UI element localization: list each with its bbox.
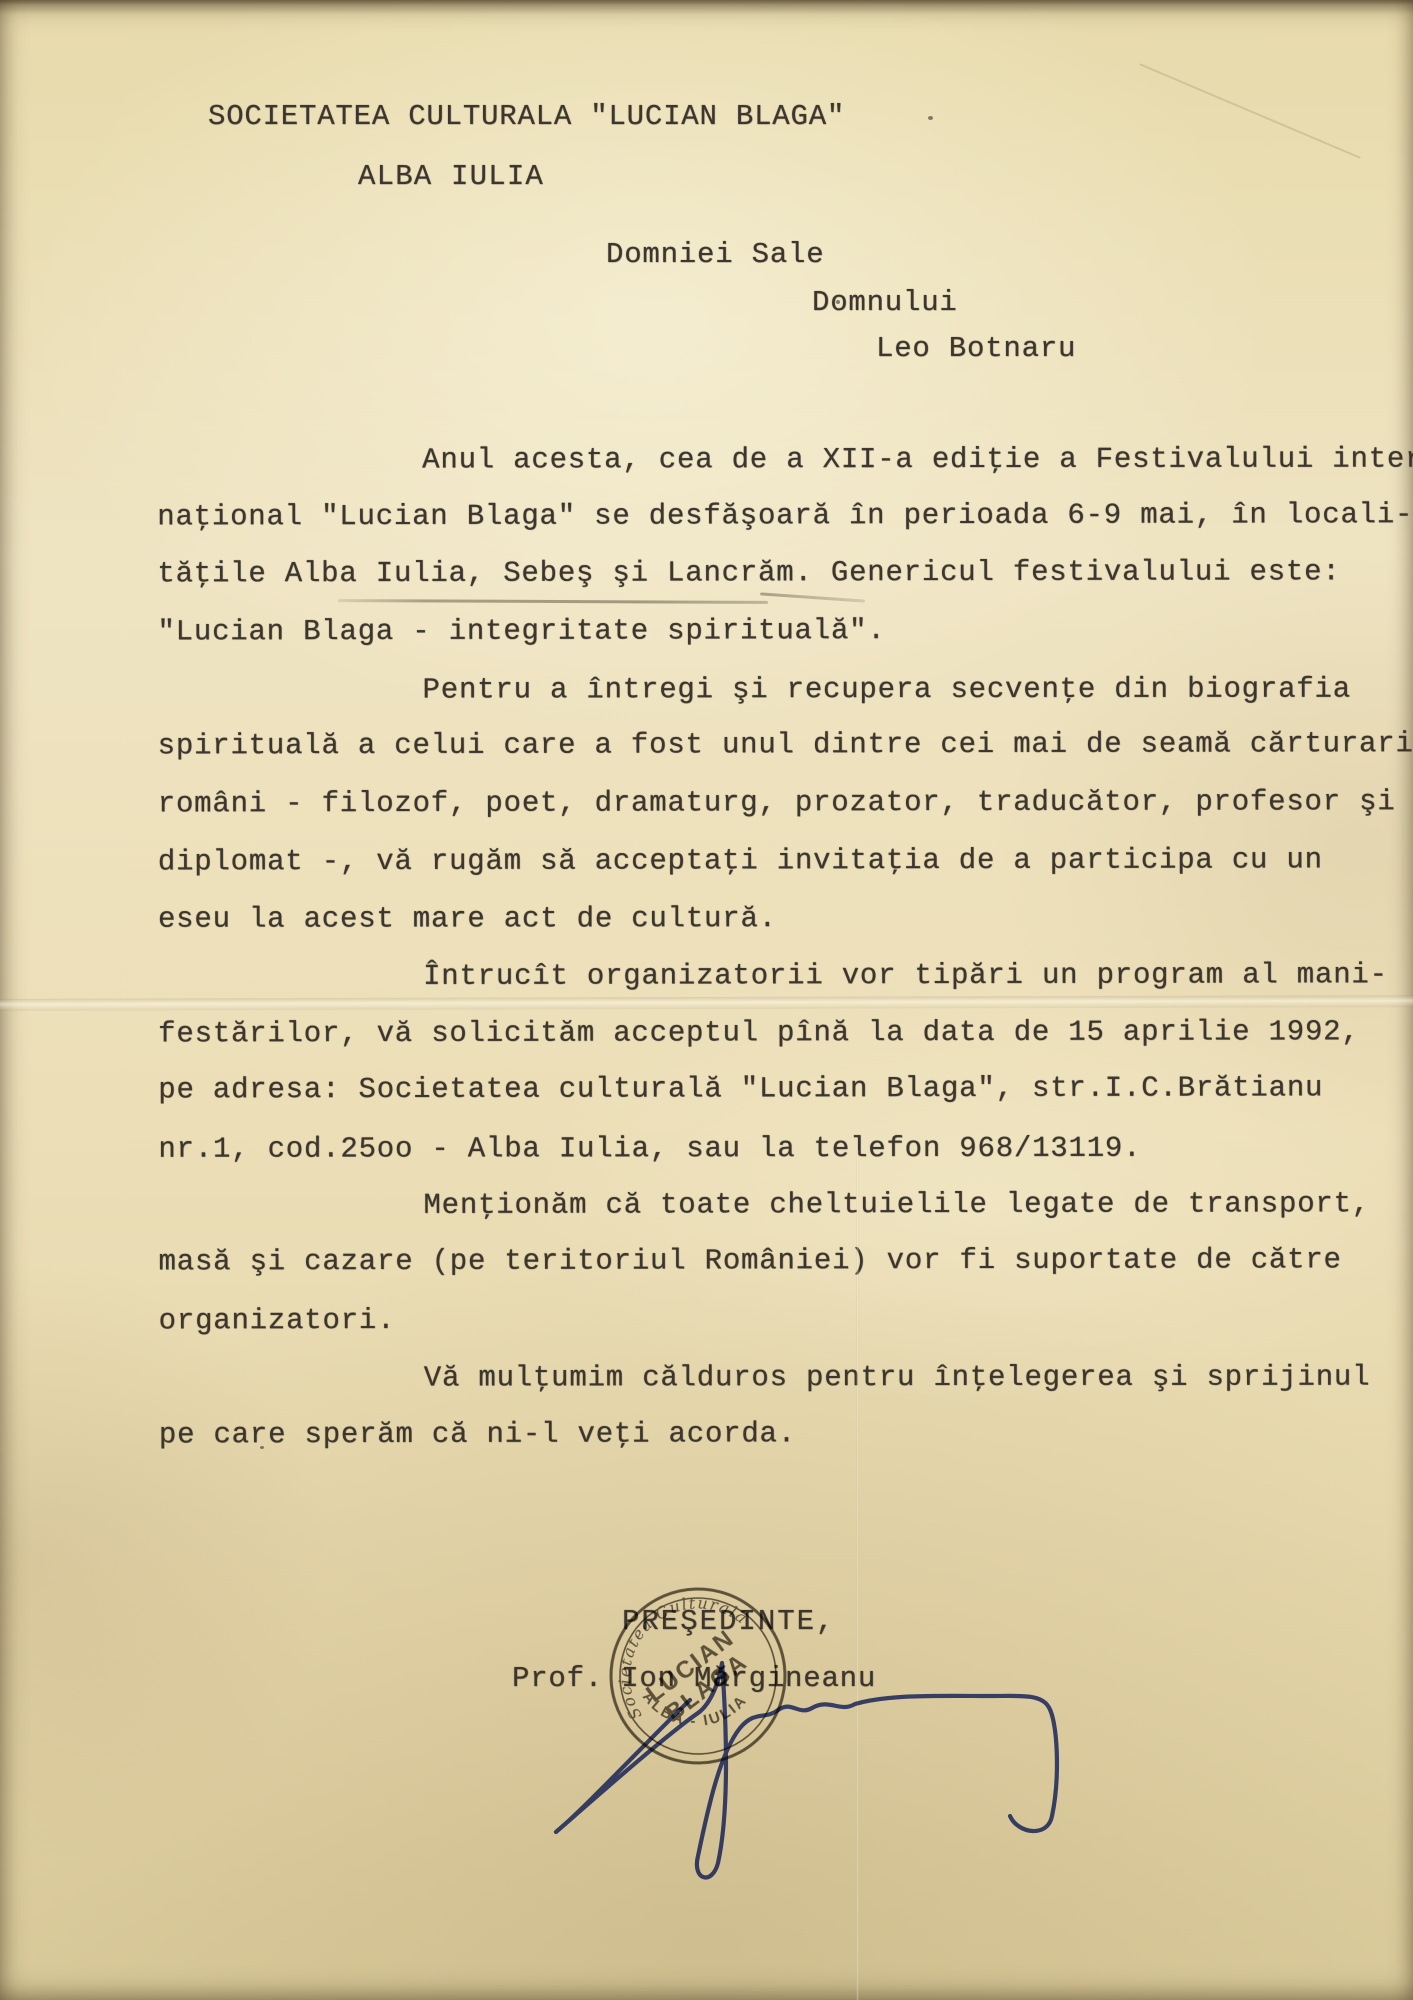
- signature-stroke: [556, 1663, 1057, 1877]
- letter-line: naţional "Lucian Blaga" se desfăşoară în…: [157, 486, 1413, 546]
- letter-body: Anul acesta, cea de a XII-a ediţie a Fes…: [157, 429, 1413, 1465]
- letter-line: Pentru a întregi şi recupera secvenţe di…: [158, 660, 1413, 719]
- letter-line: Întrucît organizatorii vor tipări un pro…: [158, 945, 1413, 1005]
- letter-line: eseu la acest mare act de cultură.: [158, 889, 1413, 948]
- letterhead-city: ALBA IULIA: [358, 160, 544, 193]
- letter-line: Vă mulţumim călduros pentru înţelegerea …: [159, 1349, 1413, 1408]
- signature: [540, 1658, 1100, 1918]
- letter-line: "Lucian Blaga - integritate spirituală".: [157, 601, 1413, 661]
- letter-line: spirituală a celui care a fost unul dint…: [158, 715, 1413, 775]
- corner-crease: [1139, 63, 1361, 159]
- letter-line: festărilor, vă solicităm acceptul pînă l…: [158, 1003, 1413, 1063]
- letter-line: români - filozof, poet, dramaturg, proza…: [158, 773, 1413, 833]
- letter-line: nr.1, cod.25oo - Alba Iulia, sau la tele…: [158, 1119, 1413, 1178]
- letter-line: diplomat -, vă rugăm să acceptaţi invita…: [158, 830, 1413, 890]
- ink-speck: [928, 116, 933, 120]
- letterhead-organization: SOCIETATEA CULTURALA "LUCIAN BLAGA": [208, 100, 845, 133]
- letter-line: pe adresa: Societatea culturală "Lucian …: [158, 1059, 1413, 1119]
- letter-line: organizatori.: [159, 1289, 1413, 1349]
- recipient-salutation: Domniei Sale: [606, 238, 824, 271]
- recipient-honorific: Domnului: [812, 286, 958, 319]
- letter-line: masă şi cazare (pe teritoriul României) …: [159, 1231, 1413, 1291]
- letter-line: Menţionăm că toate cheltuielile legate d…: [158, 1175, 1413, 1235]
- letter-line: tăţile Alba Iulia, Sebeş şi Lancrăm. Gen…: [157, 542, 1413, 602]
- letter-line: pe care sperăm că ni-l veţi acorda.: [159, 1403, 1413, 1463]
- recipient-name: Leo Botnaru: [876, 332, 1076, 365]
- letter-page: SOCIETATEA CULTURALA "LUCIAN BLAGA" ALBA…: [0, 0, 1413, 2000]
- letter-line: Anul acesta, cea de a XII-a ediţie a Fes…: [157, 430, 1413, 489]
